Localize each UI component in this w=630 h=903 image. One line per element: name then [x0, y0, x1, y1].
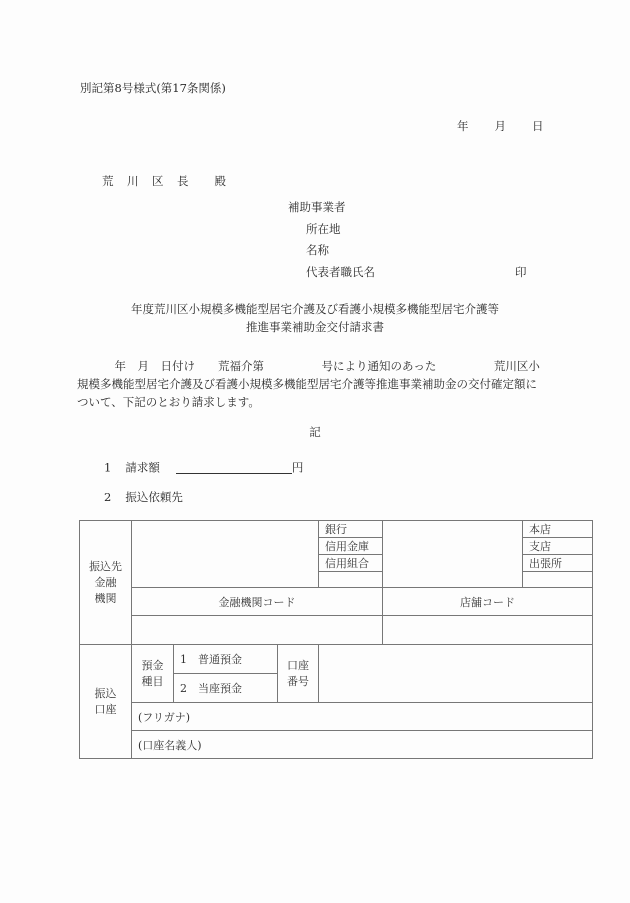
institution-code-label: 金融機関コード — [132, 588, 383, 616]
branch-name-input[interactable] — [383, 521, 523, 588]
deposit-type-label: 預金 種目 — [132, 645, 174, 703]
date-day: 日 — [532, 121, 544, 133]
deposit-type-ordinary[interactable]: 1 普通預金 — [174, 645, 278, 674]
type-sub-branch[interactable]: 出張所 — [523, 555, 593, 572]
document-title-line1: 年度荒川区小規模多機能型居宅介護及び看護小規模多機能型居宅介護等 — [0, 304, 630, 316]
addressee: 荒 川 区 長 殿 — [102, 176, 227, 188]
account-number-input[interactable] — [319, 645, 593, 703]
institution-name-input[interactable] — [132, 521, 319, 588]
bank-account-table: 振込先 金融 機関 銀行 本店 信用金庫 支店 信用組合 出張所 金融機関コード… — [79, 520, 593, 759]
name-label: 名称 — [306, 245, 329, 257]
address-label: 所在地 — [306, 224, 341, 236]
claim-amount-number: 1 — [104, 461, 111, 475]
body-line-1: 年 月 日付け 荒福介第 号により通知のあった 荒川区小 — [80, 357, 560, 375]
type-bank[interactable]: 銀行 — [319, 521, 383, 538]
type-head-office[interactable]: 本店 — [523, 521, 593, 538]
document-title-line2: 推進事業補助金交付請求書 — [0, 322, 630, 334]
seal-mark: 印 — [515, 267, 527, 279]
account-header: 振込 口座 — [80, 645, 132, 759]
account-header-line2: 口座 — [80, 702, 131, 718]
body-line-2: 規模多機能型居宅介護及び看護小規模多機能型居宅介護等推進事業補助金の交付確定額に — [77, 375, 560, 393]
applicant-title: 補助事業者 — [288, 202, 346, 214]
account-number-label: 口座 番号 — [278, 645, 319, 703]
branch-code-input[interactable] — [383, 616, 593, 645]
yen-unit: 円 — [292, 461, 304, 475]
account-number-label-line2: 番号 — [278, 674, 318, 690]
type-credit-union[interactable]: 信用組合 — [319, 555, 383, 572]
type-other-institution[interactable] — [319, 572, 383, 588]
date-field[interactable]: 年月日 — [457, 121, 544, 133]
form-id: 別記第8号様式(第17条関係) — [80, 83, 226, 95]
deposit-type-current[interactable]: 2 当座預金 — [174, 674, 278, 703]
account-holder-field[interactable]: (口座名義人) — [132, 731, 593, 759]
account-number-label-line1: 口座 — [278, 658, 318, 674]
institution-header-line2: 金融 — [80, 575, 131, 591]
branch-code-label: 店舗コード — [383, 588, 593, 616]
body-line-3: ついて、下記のとおり請求します。 — [77, 393, 560, 411]
body-text: 年 月 日付け 荒福介第 号により通知のあった 荒川区小 規模多機能型居宅介護及… — [80, 357, 560, 411]
account-header-line1: 振込 — [80, 686, 131, 702]
type-shinkin[interactable]: 信用金庫 — [319, 538, 383, 555]
transfer-label: 振込依頼先 — [125, 490, 183, 504]
type-other-branch[interactable] — [523, 572, 593, 588]
date-month: 月 — [495, 121, 507, 133]
institution-code-input[interactable] — [132, 616, 383, 645]
transfer-number: 2 — [104, 490, 111, 504]
transfer-destination-row: 2振込依頼先 — [104, 492, 183, 504]
institution-header-line1: 振込先 — [80, 559, 131, 575]
claim-amount-label: 請求額 — [125, 461, 160, 475]
furigana-field[interactable]: (フリガナ) — [132, 703, 593, 731]
institution-header-line3: 機関 — [80, 591, 131, 607]
claim-amount-row: 1請求額円 — [104, 462, 303, 474]
deposit-type-label-line2: 種目 — [132, 674, 173, 690]
ki-heading: 記 — [0, 427, 630, 439]
deposit-type-label-line1: 預金 — [132, 658, 173, 674]
claim-amount-input[interactable] — [176, 462, 292, 474]
representative-label: 代表者職氏名 — [306, 267, 375, 279]
date-year: 年 — [457, 121, 469, 133]
type-branch[interactable]: 支店 — [523, 538, 593, 555]
institution-header: 振込先 金融 機関 — [80, 521, 132, 645]
